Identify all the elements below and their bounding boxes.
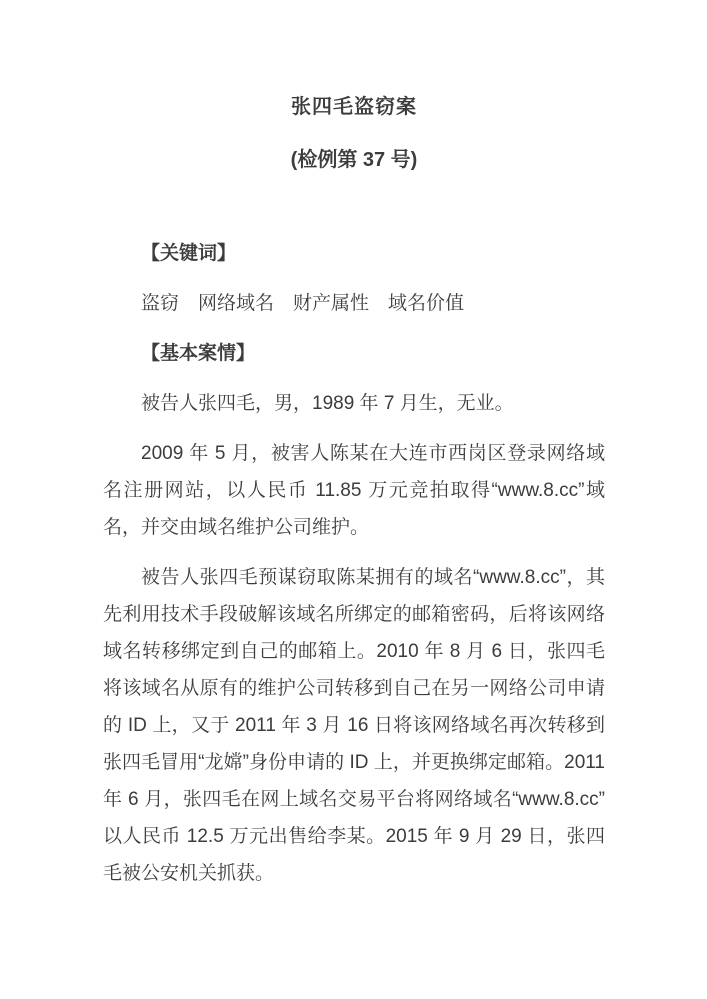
document-title: 张四毛盗窃案 <box>103 92 605 122</box>
document-content: 张四毛盗窃案 (检例第 37 号) 【关键词】 盗窃 网络域名 财产属性 域名价… <box>0 0 707 892</box>
case-number: (检例第 37 号) <box>103 145 605 175</box>
keywords-heading: 【关键词】 <box>103 235 605 272</box>
keywords-list: 盗窃 网络域名 财产属性 域名价值 <box>103 285 605 322</box>
facts-paragraph-crime: 被告人张四毛预谋窃取陈某拥有的域名“www.8.cc”，其先利用技术手段破解该域… <box>103 559 605 892</box>
facts-paragraph-victim: 2009 年 5 月，被害人陈某在大连市西岗区登录网络域名注册网站，以人民币 1… <box>103 435 605 546</box>
document-page: 张四毛盗窃案 (检例第 37 号) 【关键词】 盗窃 网络域名 财产属性 域名价… <box>0 0 707 999</box>
basic-facts-heading: 【基本案情】 <box>103 335 605 372</box>
facts-paragraph-defendant: 被告人张四毛，男，1989 年 7 月生，无业。 <box>103 385 605 422</box>
